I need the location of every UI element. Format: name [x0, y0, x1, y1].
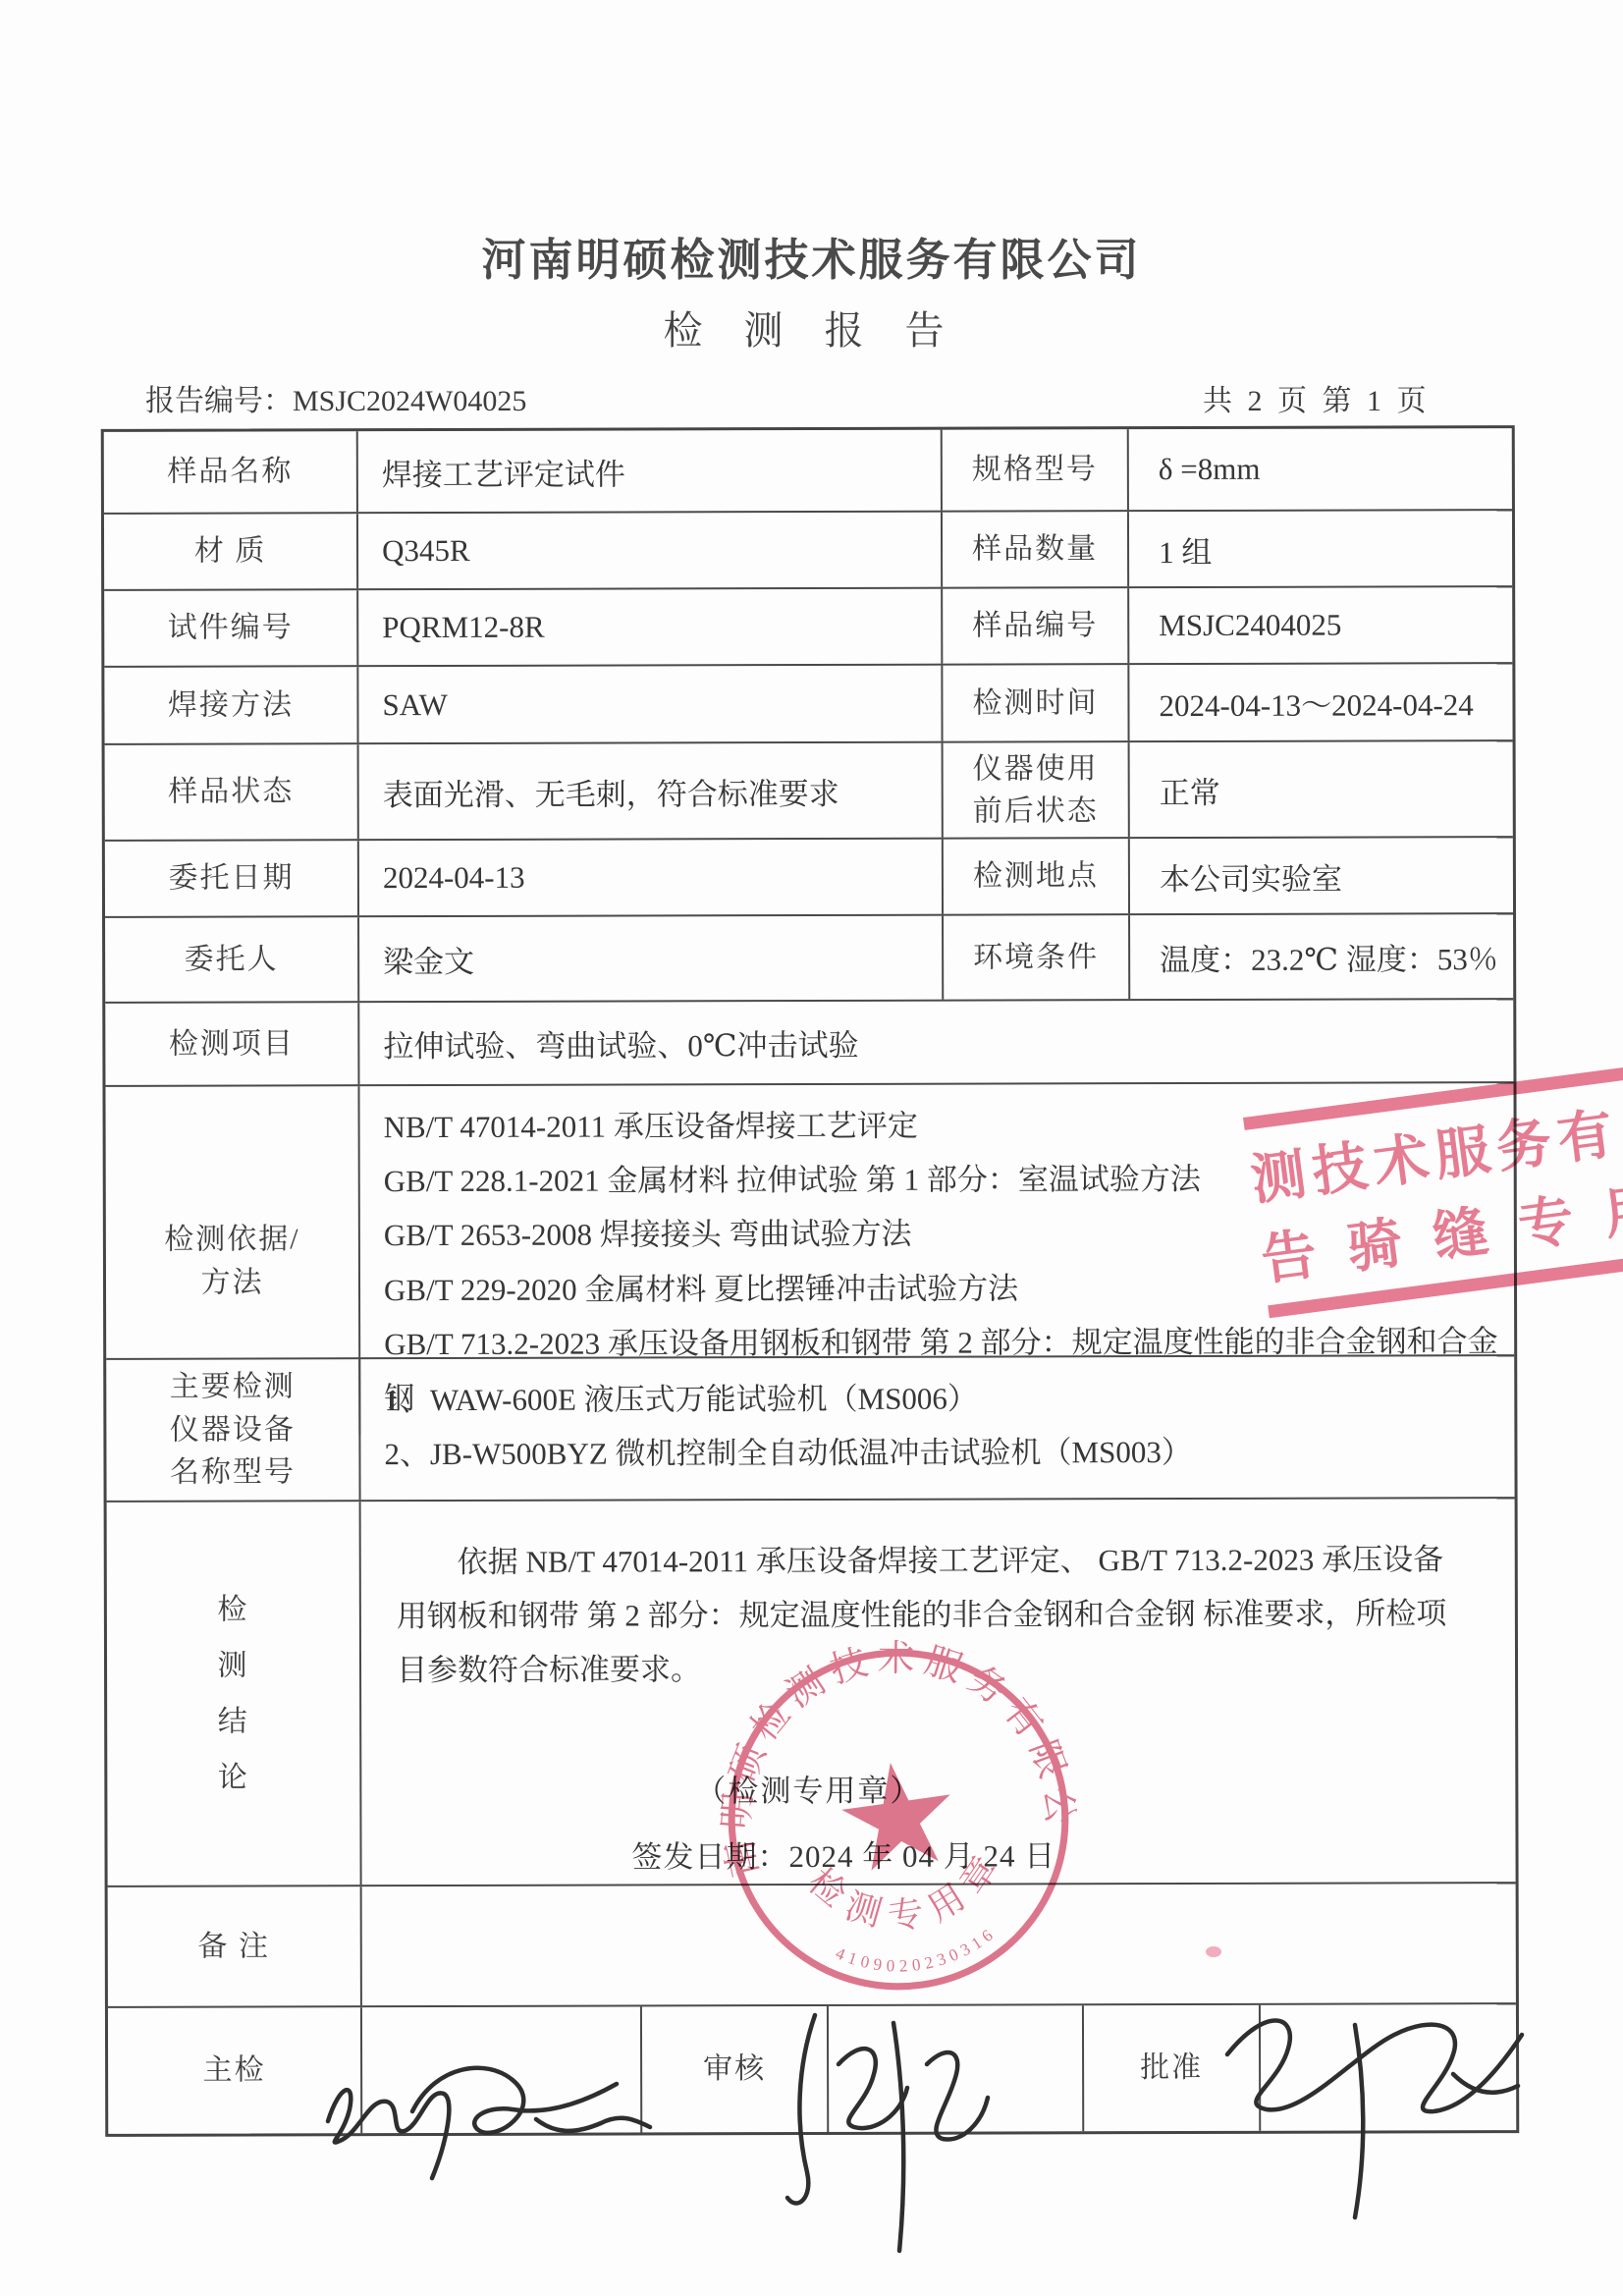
report-page: 河南明硕检测技术服务有限公司 检 测 报 告 报告编号：MSJC2024W040…: [0, 0, 1623, 2296]
label-equipment-line3: 名称型号: [170, 1451, 296, 1495]
stamp-note: （检测专用章）: [695, 1766, 922, 1811]
basis-line: NB/T 47014-2011 承压设备焊接工艺评定: [384, 1097, 1498, 1154]
label-entrust-date: 委托日期: [105, 841, 357, 916]
table-row: 材 质 Q345R 样品数量 1 组: [104, 509, 1512, 589]
label-approver: 批准: [1082, 2005, 1259, 2131]
report-number-label: 报告编号：: [145, 385, 293, 417]
basis-line: GB/T 2653-2008 焊接接头 弯曲试验方法: [384, 1206, 1498, 1263]
table-row: 主要检测 仪器设备 名称型号 1、WAW-600E 液压式万能试验机（MS006…: [106, 1354, 1514, 1501]
table-row: 检 测 结 论 依据 NB/T 47014-2011 承压设备焊接工艺评定、 G…: [107, 1497, 1516, 1886]
label-instrument-state-line1: 仪器使用: [973, 747, 1099, 791]
page-info: 共 2 页 第 1 页: [1203, 376, 1431, 419]
label-test-basis-line1: 检测依据/: [164, 1218, 299, 1261]
basis-line: GB/T 228.1-2021 金属材料 拉伸试验 第 1 部分：室温试验方法: [384, 1151, 1498, 1208]
table-row: 检测依据/ 方法 NB/T 47014-2011 承压设备焊接工艺评定 GB/T…: [105, 1081, 1514, 1358]
value-entrust-date: 2024-04-13: [357, 840, 942, 916]
label-chief-inspector: 主检: [108, 2007, 360, 2134]
report-number-value: MSJC2024W04025: [293, 385, 526, 417]
value-test-time: 2024-04-13～2024-04-24: [1127, 664, 1512, 740]
label-conclusion-char: 结: [218, 1693, 249, 1749]
value-instrument-state: 正常: [1128, 741, 1513, 837]
value-spec-model: δ =8mm: [1127, 428, 1512, 510]
label-spec-model: 规格型号: [941, 429, 1127, 510]
label-remark: 备 注: [108, 1886, 360, 2006]
label-test-place: 检测地点: [942, 839, 1128, 913]
table-row: 焊接方法 SAW 检测时间 2024-04-13～2024-04-24: [104, 662, 1512, 743]
value-sample-name: 焊接工艺评定试件: [356, 430, 941, 513]
value-equipment: 1、WAW-600E 液压式万能试验机（MS006） 2、JB-W500BYZ …: [358, 1356, 1514, 1500]
label-reviewer: 审核: [640, 2006, 827, 2132]
value-sample-state: 表面光滑、无毛刺，符合标准要求: [357, 743, 942, 840]
label-conclusion: 检 测 结 论: [107, 1502, 360, 1886]
chief-signature-cell: [360, 2006, 640, 2133]
label-conclusion-char: 测: [217, 1637, 248, 1693]
table-row: 委托日期 2024-04-13 检测地点 本公司实验室: [105, 836, 1513, 916]
label-test-items: 检测项目: [105, 1003, 357, 1085]
label-equipment: 主要检测 仪器设备 名称型号: [106, 1359, 358, 1501]
label-weld-method: 焊接方法: [104, 667, 356, 743]
label-sample-no: 样品编号: [941, 588, 1127, 663]
company-name: 河南明硕检测技术服务有限公司: [0, 224, 1623, 288]
conclusion-text: 依据 NB/T 47014-2011 承压设备焊接工艺评定、 GB/T 713.…: [361, 1499, 1516, 1698]
issue-date: 签发日期：2024 年 04 月 24 日: [631, 1831, 1055, 1876]
issue-date-label: 签发日期：: [631, 1839, 788, 1874]
table-row: 检测项目 拉伸试验、弯曲试验、0℃冲击试验: [105, 998, 1513, 1085]
value-environment: 温度：23.2℃ 湿度：53％: [1128, 914, 1513, 999]
table-row: 试件编号 PQRM12-8R 样品编号 MSJC2404025: [104, 585, 1512, 666]
value-remark: [360, 1884, 1516, 2005]
value-test-items: 拉伸试验、弯曲试验、0℃冲击试验: [357, 1000, 1513, 1084]
label-conclusion-char: 检: [217, 1581, 248, 1637]
value-conclusion: 依据 NB/T 47014-2011 承压设备焊接工艺评定、 GB/T 713.…: [359, 1499, 1516, 1885]
value-sample-no: MSJC2404025: [1127, 587, 1512, 663]
label-instrument-state: 仪器使用 前后状态: [942, 742, 1128, 837]
ink-smudge: [1206, 1946, 1221, 1957]
doc-title: 检 测 报 告: [0, 300, 1623, 355]
label-piece-no: 试件编号: [104, 590, 356, 666]
table-row: 备 注: [108, 1882, 1516, 2006]
issue-date-value: 2024 年 04 月 24 日: [788, 1838, 1055, 1874]
label-client: 委托人: [105, 917, 357, 1002]
reviewer-signature-cell: [827, 2005, 1082, 2132]
label-equipment-line1: 主要检测: [170, 1366, 296, 1409]
value-material: Q345R: [356, 513, 941, 589]
value-piece-no: PQRM12-8R: [356, 589, 941, 666]
label-environment: 环境条件: [942, 915, 1128, 999]
value-sample-qty: 1 组: [1127, 511, 1512, 586]
value-test-place: 本公司实验室: [1128, 838, 1513, 913]
report-table: 样品名称 焊接工艺评定试件 规格型号 δ =8mm 材 质 Q345R 样品数量…: [101, 425, 1520, 2137]
table-row: 样品状态 表面光滑、无毛刺，符合标准要求 仪器使用 前后状态 正常: [105, 739, 1513, 840]
label-sample-qty: 样品数量: [941, 512, 1127, 586]
label-material: 材 质: [104, 514, 356, 589]
table-row: 样品名称 焊接工艺评定试件 规格型号 δ =8mm: [104, 428, 1512, 513]
report-number: 报告编号：MSJC2024W04025: [145, 376, 526, 419]
value-client: 梁金文: [357, 916, 942, 1002]
label-equipment-line2: 仪器设备: [170, 1408, 296, 1451]
label-sample-state: 样品状态: [105, 744, 357, 840]
table-row-signoff: 主检 审核 批准: [108, 2002, 1516, 2134]
label-test-time: 检测时间: [941, 665, 1127, 740]
equipment-line: 1、WAW-600E 液压式万能试验机（MS006）: [384, 1370, 1498, 1427]
value-weld-method: SAW: [356, 666, 941, 743]
table-row: 委托人 梁金文 环境条件 温度：23.2℃ 湿度：53％: [105, 912, 1513, 1002]
label-instrument-state-line2: 前后状态: [973, 790, 1099, 833]
approver-signature-cell: [1259, 2004, 1516, 2131]
basis-line: GB/T 229-2020 金属材料 夏比摆锤冲击试验方法: [384, 1260, 1498, 1317]
label-sample-name: 样品名称: [104, 431, 356, 513]
label-conclusion-char: 论: [218, 1749, 249, 1805]
label-test-basis-line2: 方法: [200, 1261, 263, 1304]
equipment-line: 2、JB-W500BYZ 微机控制全自动低温冲击试验机（MS003）: [384, 1424, 1498, 1481]
